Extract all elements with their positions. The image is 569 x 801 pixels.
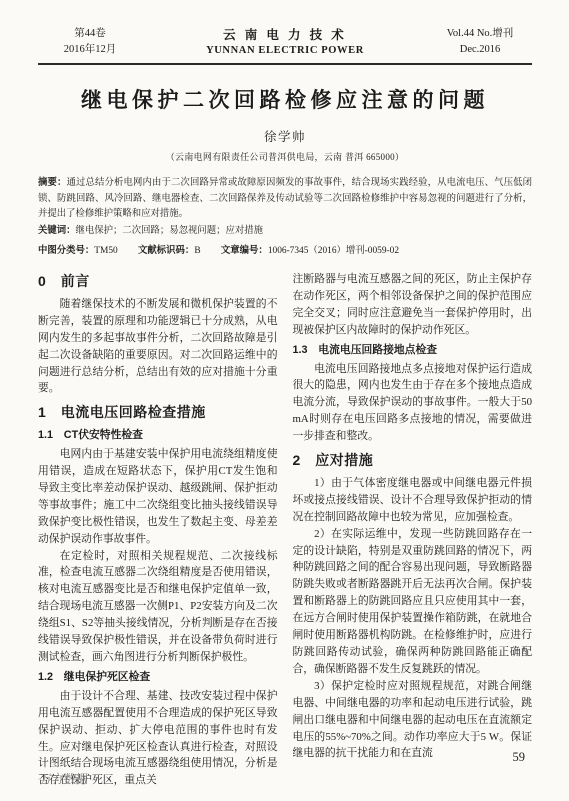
article-no-value: 1006-7345（2016）增刊-0059-02	[268, 246, 399, 256]
issue-date-cn: 2016年12月	[38, 42, 142, 58]
keywords-label: 关键词：	[38, 226, 76, 236]
doc-code-label: 文献标识码：	[138, 246, 194, 256]
section-heading-1-current-voltage-circuit-checks: 1 电流电压回路检查措施	[38, 404, 278, 421]
abstract-block: 摘要：通过总结分析电网内由于二次回路异常或故障原因频发的事故事件，结合现场实践经…	[38, 176, 532, 223]
article-no-label: 文章编号：	[221, 246, 268, 256]
article-body: 0 前言 随着继保技术的不断发展和微机保护装置的不断完善，装置的原理和功能逻辑已…	[38, 271, 532, 789]
subsection-heading-1-1-ct-volt-ampere-check: 1.1 CT伏安特性检查	[38, 427, 278, 444]
wanfang-data-watermark: 万方数据	[40, 770, 88, 787]
header-divider	[38, 63, 532, 65]
author-name: 徐学帅	[38, 127, 532, 145]
paragraph: 2）在实际运维中，发现一些防跳回路存在一定的设计缺陷，特别是双重防跳回路的情况下…	[293, 526, 533, 678]
article-title: 继电保护二次回路检修应注意的问题	[38, 84, 532, 114]
journal-page: 第44卷 2016年12月 云 南 电 力 技 术 YUNNAN ELECTRI…	[0, 0, 569, 801]
header-center: 云 南 电 力 技 术 YUNNAN ELECTRIC POWER	[142, 27, 428, 58]
issue-date-en: Dec.2016	[428, 42, 532, 58]
section-heading-2-countermeasures: 2 应对措施	[293, 452, 533, 469]
section-heading-0-foreword: 0 前言	[38, 273, 278, 290]
page-number: 59	[513, 750, 526, 765]
doc-code-value: B	[194, 246, 200, 256]
paragraph: 电流电压回路接地点多点接地对保护运行造成很大的隐患，网内也发生由于存在多个接地点…	[293, 361, 533, 446]
paragraph: 在定检时，对照相关规程规范、二次接线标准，检查电流互感器二次绕组精度是否使用错误…	[38, 548, 278, 666]
journal-header: 第44卷 2016年12月 云 南 电 力 技 术 YUNNAN ELECTRI…	[38, 26, 532, 58]
paragraph-continuation: 注断路器与电流互感器之间的死区，防止主保护存在动作死区，两个相邻设备保护之间的保…	[293, 271, 533, 339]
left-column: 0 前言 随着继保技术的不断发展和微机保护装置的不断完善，装置的原理和功能逻辑已…	[38, 271, 278, 789]
abstract-text: 通过总结分析电网内由于二次回路异常或故障原因频发的事故事件，结合现场实践经验，从…	[38, 178, 532, 219]
clc-value: TM50	[94, 246, 117, 256]
header-left: 第44卷 2016年12月	[38, 26, 142, 58]
paragraph: 1）由于气体密度继电器或中间继电器元件损坏或接点接线错误、设计不合理导致保护拒动…	[293, 475, 533, 526]
journal-name-cn: 云 南 电 力 技 术	[142, 27, 428, 43]
right-column: 注断路器与电流互感器之间的死区，防止主保护存在动作死区，两个相邻设备保护之间的保…	[293, 271, 533, 789]
header-right: Vol.44 No.增刊 Dec.2016	[428, 26, 532, 58]
author-affiliation: （云南电网有限责任公司普洱供电局，云南 普洱 665000）	[38, 150, 532, 163]
clc-label: 中图分类号：	[38, 246, 94, 256]
volume-info-en: Vol.44 No.增刊	[428, 26, 532, 42]
abstract-label: 摘要：	[38, 178, 67, 188]
subsection-heading-1-2-protection-dead-zone-check: 1.2 继电保护死区检查	[38, 669, 278, 686]
subsection-heading-1-3-grounding-point-check: 1.3 电流电压回路接地点检查	[293, 342, 533, 359]
keywords-line: 关键词：继电保护；二次回路；易忽视问题；应对措施	[38, 224, 532, 240]
classification-line: 中图分类号：TM50 文献标识码：B 文章编号：1006-7345（2016）增…	[38, 244, 532, 260]
paragraph: 3）保护定检时应对照规程规范，对跳合闸继电器、中间继电器的功率和起动电压进行试验…	[293, 678, 533, 763]
paragraph: 电网内由于基建安装中保护用电流绕组精度使用错误，造成在短路状态下，保护用CT发生…	[38, 446, 278, 547]
keywords-text: 继电保护；二次回路；易忽视问题；应对措施	[76, 226, 264, 236]
paragraph: 随着继保技术的不断发展和微机保护装置的不断完善，装置的原理和功能逻辑已十分成熟，…	[38, 296, 278, 397]
journal-name-en: YUNNAN ELECTRIC POWER	[142, 43, 428, 58]
volume-number: 第44卷	[38, 26, 142, 42]
